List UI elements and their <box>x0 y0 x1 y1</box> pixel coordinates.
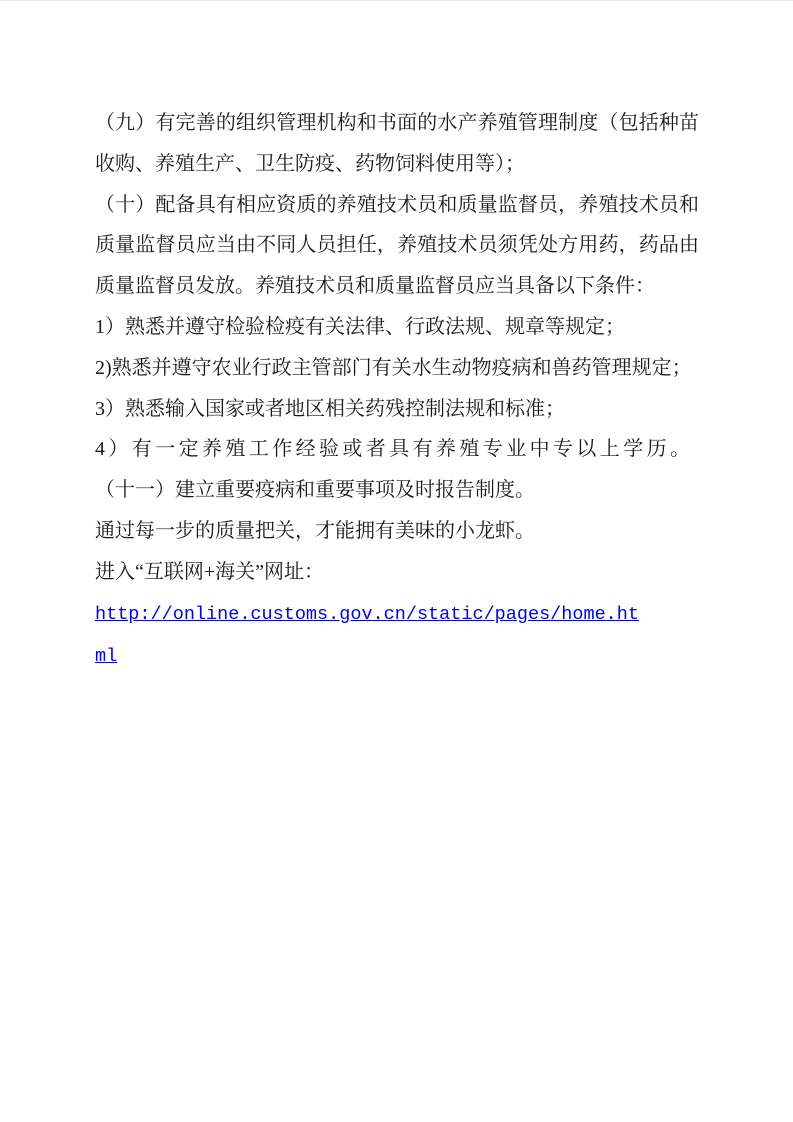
clause-9-paragraph: （九）有完善的组织管理机构和书面的水产养殖管理制度（包括种苗收购、养殖生产、卫生… <box>95 103 699 185</box>
condition-item-2: 2)熟悉并遵守农业行政主管部门有关水生动物疫病和兽药管理规定； <box>95 348 699 389</box>
customs-url-paragraph: http://online.customs.gov.cn/static/page… <box>95 593 643 679</box>
customs-homepage-link[interactable]: http://online.customs.gov.cn/static/page… <box>95 604 639 668</box>
quality-remark-paragraph: 通过每一步的质量把关，才能拥有美味的小龙虾。 <box>95 511 699 552</box>
url-intro-paragraph: 进入“互联网+海关”网址： <box>95 552 699 593</box>
clause-11-paragraph: （十一）建立重要疫病和重要事项及时报告制度。 <box>95 470 699 511</box>
clause-10-paragraph: （十）配备具有相应资质的养殖技术员和质量监督员，养殖技术员和质量监督员应当由不同… <box>95 185 699 307</box>
condition-item-4: 4）有一定养殖工作经验或者具有养殖专业中专以上学历。 <box>95 429 699 470</box>
document-body: （九）有完善的组织管理机构和书面的水产养殖管理制度（包括种苗收购、养殖生产、卫生… <box>95 103 699 678</box>
condition-item-3: 3）熟悉输入国家或者地区相关药残控制法规和标准； <box>95 389 699 430</box>
document-page: （九）有完善的组织管理机构和书面的水产养殖管理制度（包括种苗收购、养殖生产、卫生… <box>0 0 793 1122</box>
condition-item-1: 1）熟悉并遵守检验检疫有关法律、行政法规、规章等规定； <box>95 307 699 348</box>
